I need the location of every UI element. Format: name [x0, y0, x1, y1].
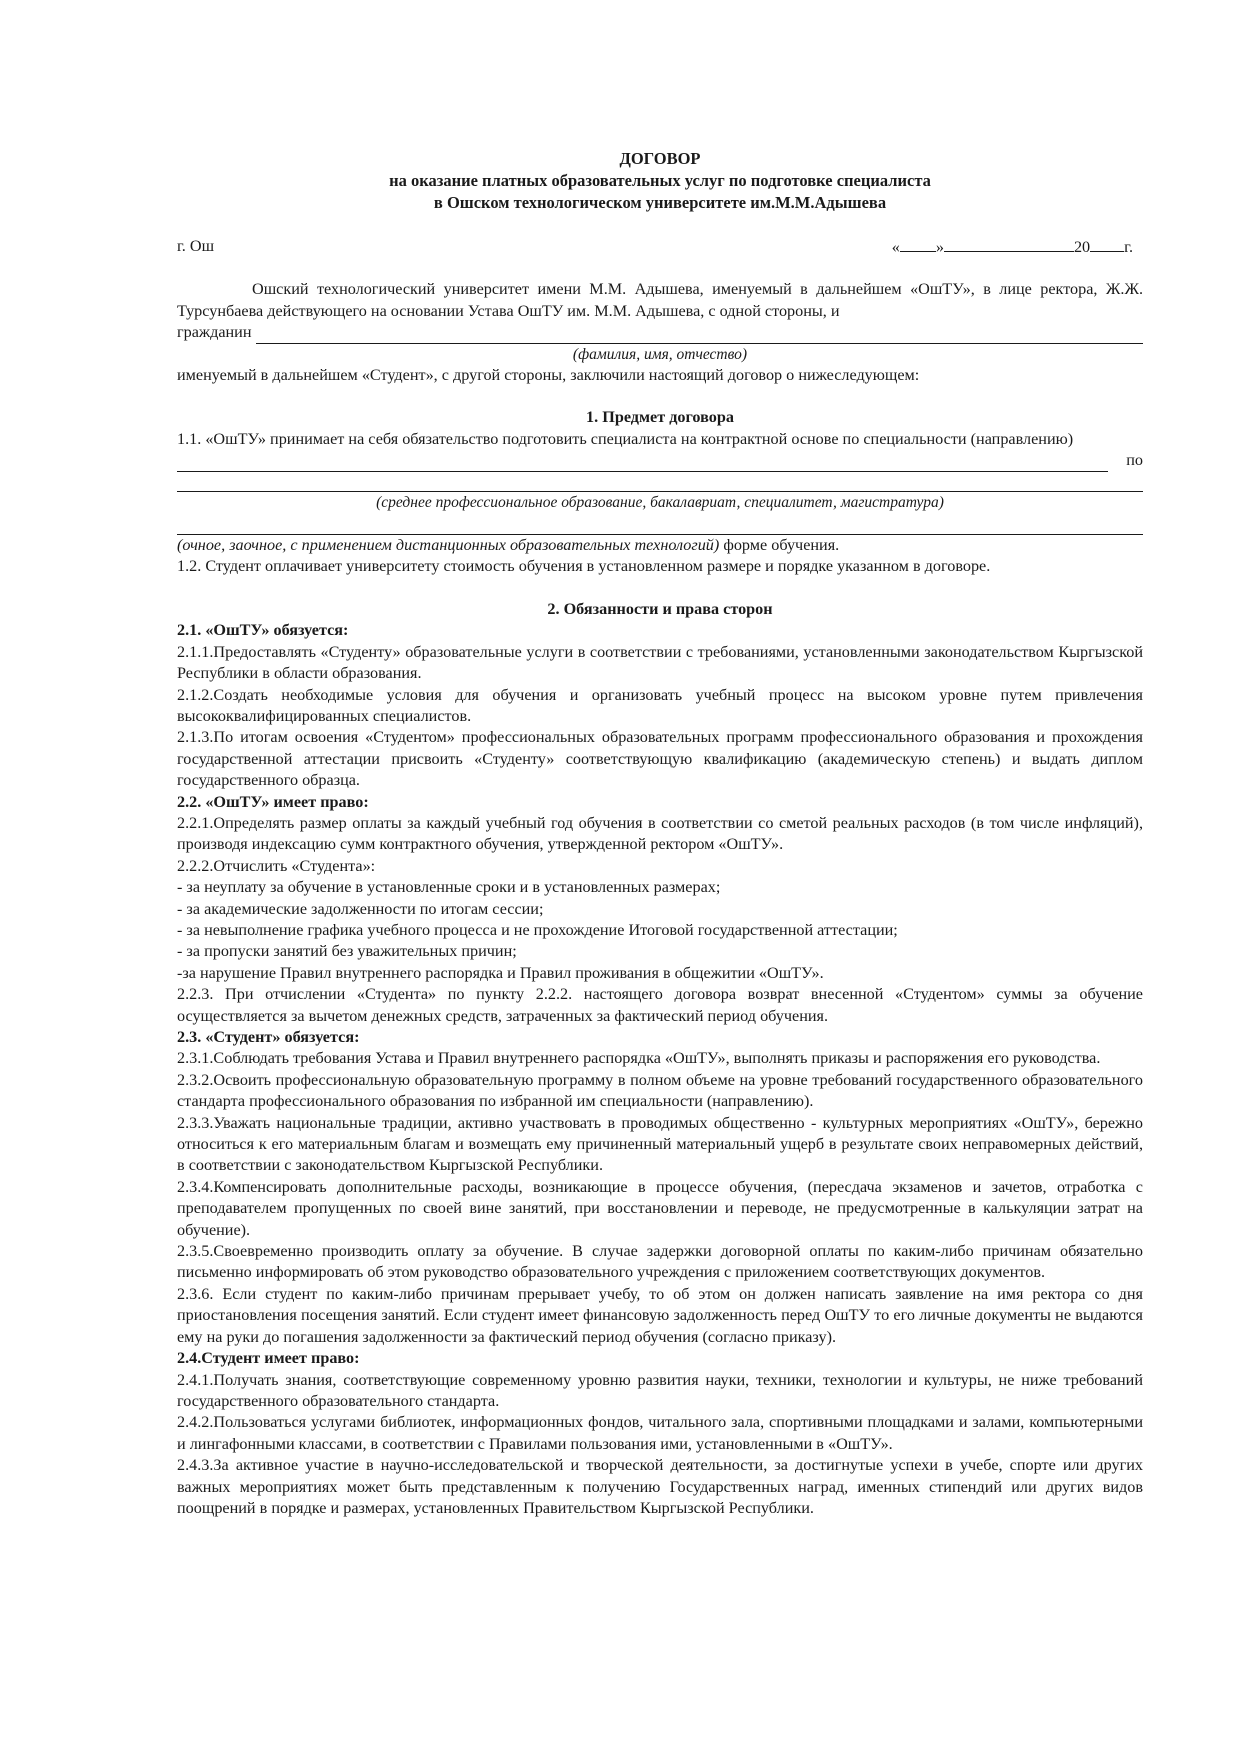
clause-2-1-3: 2.1.3.По итогам освоения «Студентом» про…: [177, 727, 1143, 791]
citizen-line: гражданин: [177, 322, 1143, 343]
year-blank[interactable]: [1090, 236, 1124, 252]
clause-2-3-4: 2.3.4.Компенсировать дополнительные расх…: [177, 1177, 1143, 1241]
clause-2-1-2: 2.1.2.Создать необходимые условия для об…: [177, 685, 1143, 728]
subsection-2-3-title: 2.3. «Студент» обязуется:: [177, 1027, 1143, 1048]
clause-2-3-6: 2.3.6. Если студент по каким-либо причин…: [177, 1284, 1143, 1348]
clause-2-1-1: 2.1.1.Предоставлять «Студенту» образоват…: [177, 642, 1143, 685]
specialty-line: по: [177, 450, 1143, 471]
subsection-2-4-title: 2.4.Студент имеет право:: [177, 1348, 1143, 1369]
study-form-hint: (очное, заочное, с применением дистанцио…: [177, 536, 719, 554]
preamble-closing: именуемый в дальнейшем «Студент», с друг…: [177, 365, 1143, 386]
citizen-label: гражданин: [177, 322, 252, 343]
clause-2-2-2-item: - за невыполнение графика учебного проце…: [177, 920, 1143, 941]
clause-2-2-2-item: - за академические задолженности по итог…: [177, 899, 1143, 920]
document-title: ДОГОВОР: [177, 148, 1143, 170]
clause-2-4-1: 2.4.1.Получать знания, соответствующие с…: [177, 1370, 1143, 1413]
specialty-blank[interactable]: [177, 452, 1108, 472]
city: г. Ош: [177, 236, 214, 258]
citizen-name-blank[interactable]: [256, 324, 1143, 344]
day-blank[interactable]: [900, 236, 936, 252]
clause-2-4-3: 2.4.3.За активное участие в научно-иссле…: [177, 1455, 1143, 1519]
contract-page: ДОГОВОР на оказание платных образователь…: [177, 148, 1143, 1519]
clause-2-3-2: 2.3.2.Освоить профессиональную образоват…: [177, 1070, 1143, 1113]
citizen-hint: (фамилия, имя, отчество): [177, 344, 1143, 365]
clause-2-2-1: 2.2.1.Определять размер оплаты за каждый…: [177, 813, 1143, 856]
clause-2-3-5: 2.3.5.Своевременно производить оплату за…: [177, 1241, 1143, 1284]
study-form-line: (очное, заочное, с применением дистанцио…: [177, 535, 1143, 556]
clause-2-4-2: 2.4.2.Пользоваться услугами библиотек, и…: [177, 1412, 1143, 1455]
document-subtitle-1: на оказание платных образовательных услу…: [177, 170, 1143, 192]
level-blank[interactable]: [177, 472, 1143, 492]
clause-1-1: 1.1. «ОшТУ» принимает на себя обязательс…: [177, 429, 1143, 450]
clause-2-2-2-item: - за неуплату за обучение в установленны…: [177, 877, 1143, 898]
month-blank[interactable]: [944, 236, 1074, 252]
subsection-2-2-title: 2.2. «ОшТУ» имеет право:: [177, 792, 1143, 813]
clause-2-3-3: 2.3.3.Уважать национальные традиции, акт…: [177, 1113, 1143, 1177]
clause-1-2: 1.2. Студент оплачивает университету сто…: [177, 556, 1143, 577]
clause-2-2-2: 2.2.2.Отчислить «Студента»:: [177, 856, 1143, 877]
section-2-title: 2. Обязанности и права сторон: [177, 599, 1143, 620]
preamble-text: Ошский технологический университет имени…: [177, 279, 1143, 322]
date-field: «»20г.: [892, 236, 1133, 258]
clause-2-2-2-item: -за нарушение Правил внутреннего распоря…: [177, 963, 1143, 984]
clause-2-2-3: 2.2.3. При отчислении «Студента» по пунк…: [177, 984, 1143, 1027]
subsection-2-1-title: 2.1. «ОшТУ» обязуется:: [177, 620, 1143, 641]
clause-2-3-1: 2.3.1.Соблюдать требования Устава и Прав…: [177, 1048, 1143, 1069]
clause-2-2-2-item: - за пропуски занятий без уважительных п…: [177, 941, 1143, 962]
study-form-blank[interactable]: [177, 515, 1143, 535]
document-subtitle-2: в Ошском технологическом университете им…: [177, 192, 1143, 214]
level-hint: (среднее профессиональное образование, б…: [177, 492, 1143, 513]
section-1-title: 1. Предмет договора: [177, 407, 1143, 428]
po-word: по: [1126, 450, 1143, 471]
date-line: г. Ош «»20г.: [177, 236, 1143, 258]
